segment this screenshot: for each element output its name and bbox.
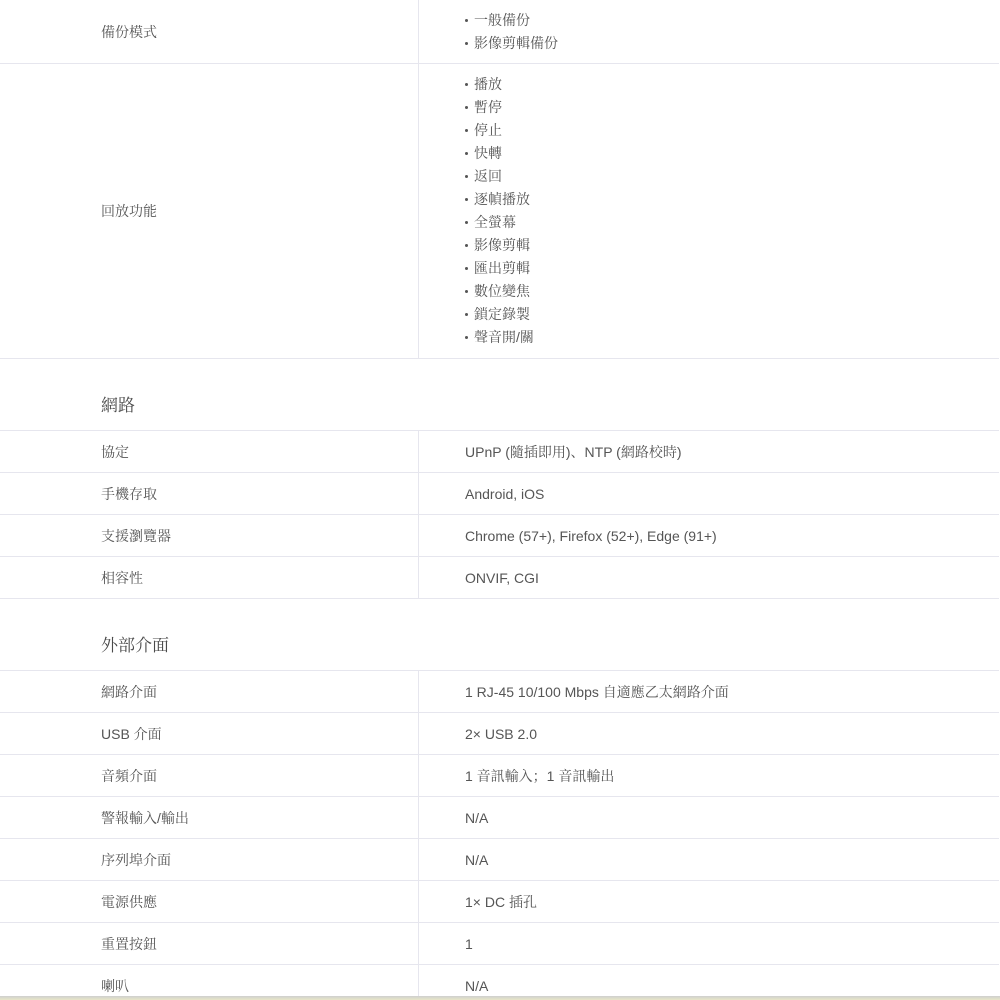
spec-row: 喇叭 N/A [0, 965, 999, 1000]
spec-label: 回放功能 [0, 64, 419, 358]
spec-label: 網路介面 [0, 671, 419, 712]
spec-row: 重置按鈕 1 [0, 923, 999, 965]
bullet-item: 暫停 [465, 96, 534, 119]
spec-row: 協定 UPnP (隨插即用)、NTP (網路校時) [0, 431, 999, 473]
bullet-item: 快轉 [465, 142, 534, 165]
spec-label: 備份模式 [0, 0, 419, 63]
bullet-list: 播放 暫停 停止 快轉 返回 逐幀播放 全螢幕 影像剪輯 匯出剪輯 數位變焦 鎖… [465, 73, 534, 349]
bullet-list: 一般備份 影像剪輯備份 [465, 9, 558, 55]
spec-row: 序列埠介面 N/A [0, 839, 999, 881]
section-title-network: 網路 [0, 359, 999, 431]
spec-row: 支援瀏覽器 Chrome (57+), Firefox (52+), Edge … [0, 515, 999, 557]
spec-label: 協定 [0, 431, 419, 472]
spec-label: 重置按鈕 [0, 923, 419, 964]
spec-label: 音頻介面 [0, 755, 419, 796]
spec-label: 相容性 [0, 557, 419, 598]
spec-label: 電源供應 [0, 881, 419, 922]
spec-table: 備份模式 一般備份 影像剪輯備份 回放功能 播放 暫停 停止 快轉 返回 逐幀播… [0, 0, 999, 1000]
bullet-item: 停止 [465, 119, 534, 142]
bullet-item: 逐幀播放 [465, 188, 534, 211]
spec-label: 支援瀏覽器 [0, 515, 419, 556]
spec-value: 2× USB 2.0 [419, 713, 999, 754]
page-bottom-divider [0, 996, 1000, 1000]
bullet-item: 全螢幕 [465, 211, 534, 234]
spec-value: N/A [419, 839, 999, 880]
spec-value: 1 RJ-45 10/100 Mbps 自適應乙太網路介面 [419, 671, 999, 712]
spec-value: N/A [419, 797, 999, 838]
spec-value: UPnP (隨插即用)、NTP (網路校時) [419, 431, 999, 472]
spec-value: 1 音訊輸入；1 音訊輸出 [419, 755, 999, 796]
bullet-item: 數位變焦 [465, 280, 534, 303]
bullet-item: 播放 [465, 73, 534, 96]
spec-value: 一般備份 影像剪輯備份 [419, 0, 999, 63]
spec-label: USB 介面 [0, 713, 419, 754]
spec-label: 警報輸入/輸出 [0, 797, 419, 838]
bullet-item: 聲音開/關 [465, 326, 534, 349]
spec-value: 播放 暫停 停止 快轉 返回 逐幀播放 全螢幕 影像剪輯 匯出剪輯 數位變焦 鎖… [419, 64, 999, 358]
spec-row: 警報輸入/輸出 N/A [0, 797, 999, 839]
spec-row: 網路介面 1 RJ-45 10/100 Mbps 自適應乙太網路介面 [0, 671, 999, 713]
spec-row-backup-mode: 備份模式 一般備份 影像剪輯備份 [0, 0, 999, 64]
spec-value: Chrome (57+), Firefox (52+), Edge (91+) [419, 515, 999, 556]
spec-label: 手機存取 [0, 473, 419, 514]
spec-row: 手機存取 Android, iOS [0, 473, 999, 515]
spec-value: N/A [419, 965, 999, 1000]
section-title-external-interfaces: 外部介面 [0, 599, 999, 671]
spec-row: 音頻介面 1 音訊輸入；1 音訊輸出 [0, 755, 999, 797]
bullet-item: 影像剪輯 [465, 234, 534, 257]
spec-row: USB 介面 2× USB 2.0 [0, 713, 999, 755]
spec-row: 電源供應 1× DC 插孔 [0, 881, 999, 923]
spec-value: 1 [419, 923, 999, 964]
spec-row: 相容性 ONVIF, CGI [0, 557, 999, 599]
bullet-item: 影像剪輯備份 [465, 32, 558, 55]
spec-row-playback-functions: 回放功能 播放 暫停 停止 快轉 返回 逐幀播放 全螢幕 影像剪輯 匯出剪輯 數… [0, 64, 999, 359]
spec-value: 1× DC 插孔 [419, 881, 999, 922]
spec-value: Android, iOS [419, 473, 999, 514]
spec-label: 序列埠介面 [0, 839, 419, 880]
bullet-item: 一般備份 [465, 9, 558, 32]
bullet-item: 鎖定錄製 [465, 303, 534, 326]
spec-value: ONVIF, CGI [419, 557, 999, 598]
spec-label: 喇叭 [0, 965, 419, 1000]
bullet-item: 匯出剪輯 [465, 257, 534, 280]
bullet-item: 返回 [465, 165, 534, 188]
